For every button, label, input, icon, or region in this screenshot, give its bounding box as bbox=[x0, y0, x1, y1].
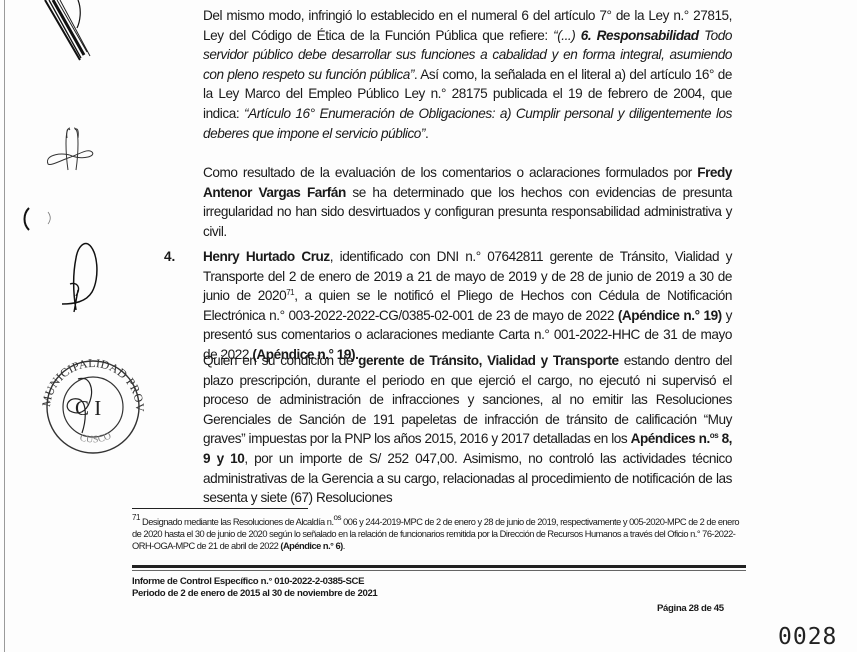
folio-stamp-number: 0028 bbox=[778, 624, 837, 650]
text-run: “(...) bbox=[553, 28, 581, 43]
text-run: os bbox=[710, 431, 718, 440]
signature-p-icon bbox=[56, 238, 106, 314]
footnote-71: 71 Designado mediante las Resoluciones d… bbox=[132, 516, 746, 552]
text-run: 71 bbox=[132, 513, 140, 522]
footer-divider bbox=[132, 565, 746, 568]
text-run: (Apéndice n.° 19) bbox=[618, 308, 722, 323]
footer-report-title: Informe de Control Específico n.° 010-20… bbox=[132, 576, 377, 588]
text-run: “Artículo 16° Enumeración de Obligacione… bbox=[203, 106, 732, 141]
text-run: Henry Hurtado Cruz bbox=[203, 249, 330, 264]
text-run: . bbox=[425, 126, 428, 141]
signature-mark-top-icon bbox=[40, 0, 100, 66]
svg-text:CUSCO: CUSCO bbox=[78, 430, 113, 445]
text-run: Apéndices n. bbox=[631, 431, 710, 446]
oci-stamp-icon: MUNICIPALIDAD PROVINCIAL CUSCO C I bbox=[38, 355, 148, 455]
page-left-border bbox=[4, 0, 5, 652]
footer-report-info: Informe de Control Específico n.° 010-20… bbox=[132, 576, 377, 599]
text-run: Quien en su condición de bbox=[203, 353, 358, 368]
footer-divider-thin bbox=[132, 570, 746, 571]
text-run: . bbox=[343, 541, 345, 551]
text-run: gerente de Tránsito, Vialidad y Transpor… bbox=[358, 353, 619, 368]
initials-signature-icon bbox=[44, 126, 100, 176]
parenthesis-mark-icon bbox=[22, 206, 58, 232]
text-run: os bbox=[334, 513, 341, 522]
list-item-number: 4. bbox=[164, 247, 175, 267]
text-run: Designado mediante las Resoluciones de A… bbox=[140, 517, 334, 527]
text-run: 6. Responsabilidad bbox=[581, 28, 699, 43]
paragraph-henry-hurtado: Henry Hurtado Cruz, identificado con DNI… bbox=[203, 247, 732, 365]
paragraph-condition-gerente: Quien en su condición de gerente de Trán… bbox=[203, 351, 732, 508]
text-run: , por un importe de S/ 252 047,00. Asimi… bbox=[203, 451, 732, 505]
text-run: 71 bbox=[286, 288, 294, 297]
paragraph-legal-infringement: Del mismo modo, infringió lo establecido… bbox=[203, 6, 732, 143]
footnote-divider bbox=[132, 508, 308, 509]
paragraph-evaluation-result: Como resultado de la evaluación de los c… bbox=[203, 163, 732, 241]
text-run: (Apéndice n.° 6) bbox=[280, 541, 342, 551]
text-run: Como resultado de la evaluación de los c… bbox=[203, 165, 697, 180]
footer-period: Periodo de 2 de enero de 2015 al 30 de n… bbox=[132, 588, 377, 600]
page-number: Página 28 de 45 bbox=[657, 603, 724, 614]
